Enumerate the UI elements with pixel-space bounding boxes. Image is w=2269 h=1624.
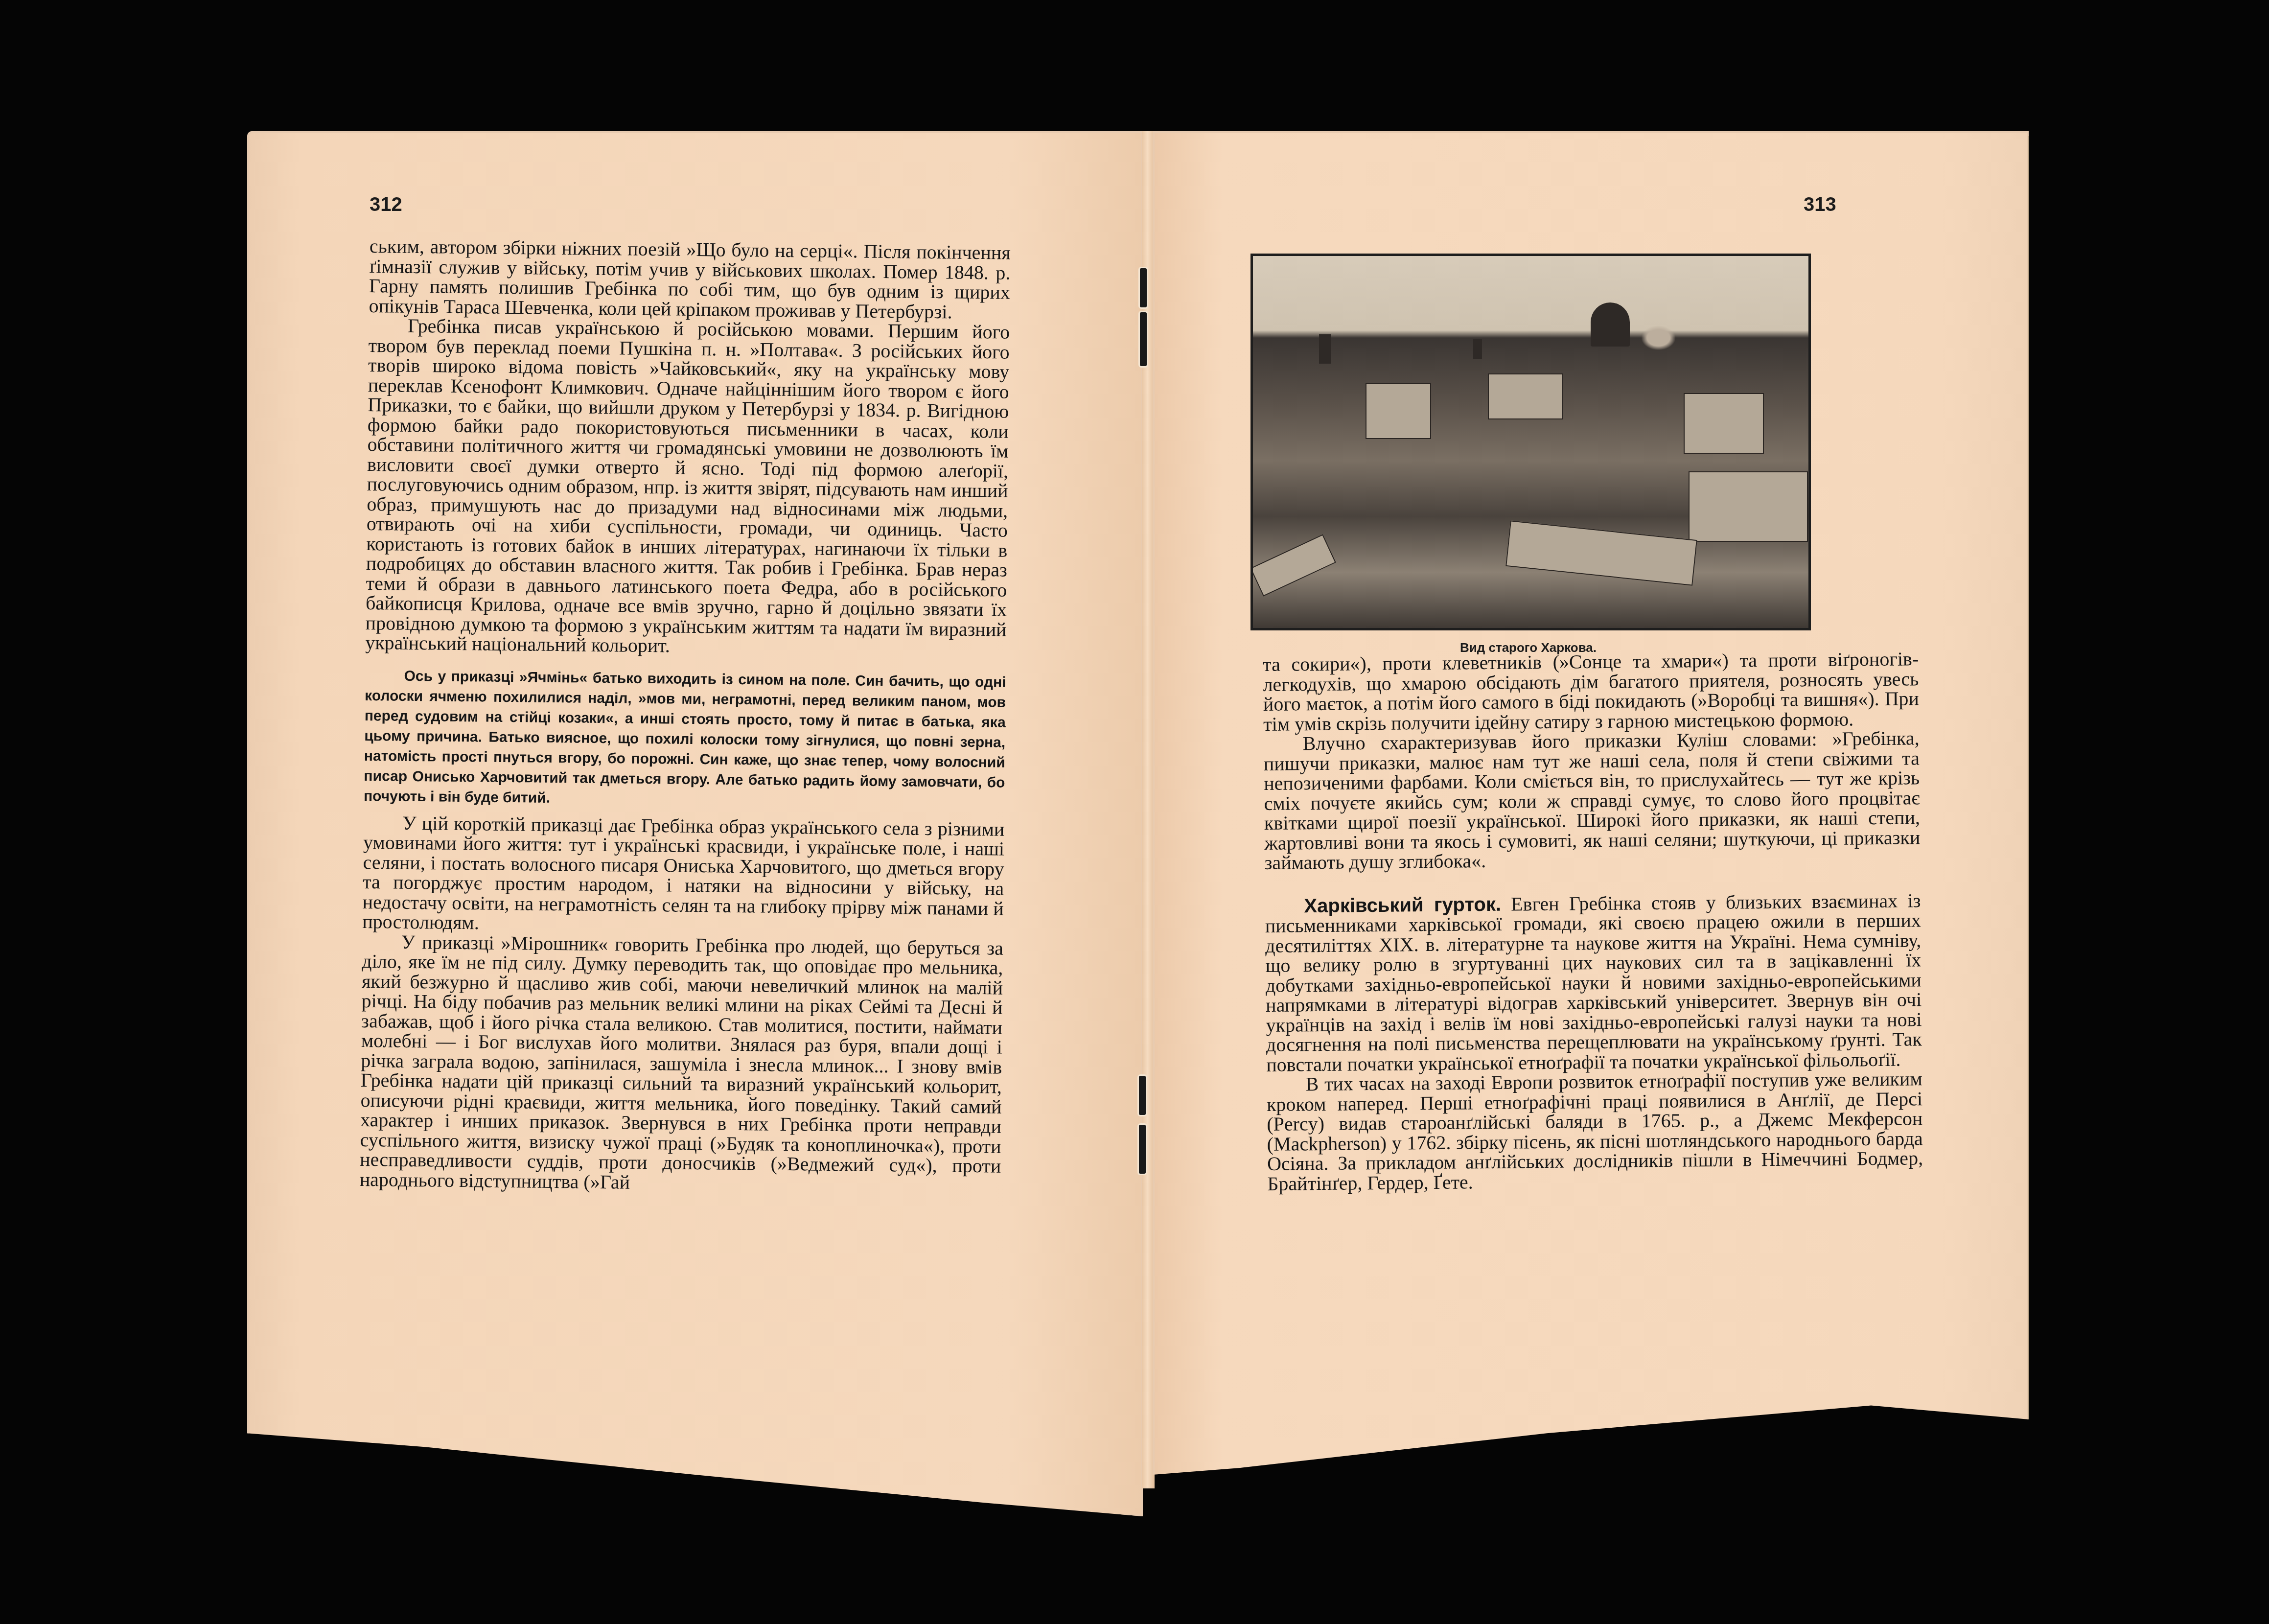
section-text: Евген Гребінка стояв у близьких взаємина…	[1265, 889, 1922, 1076]
building-icon	[1505, 520, 1697, 586]
staple-top-upper	[1140, 268, 1147, 307]
paragraph: У приказці »Мірошник« говорить Гребінка …	[360, 931, 1003, 1196]
building-icon	[1488, 373, 1563, 419]
staple-bottom-upper	[1139, 1076, 1146, 1115]
building-icon	[1366, 383, 1431, 439]
paragraph: Гребінка писав українською й російською …	[365, 316, 1010, 659]
paragraph: В тих часах на заході Европи розвиток ет…	[1266, 1069, 1923, 1194]
quoted-fable-summary: Ось у приказці »Ячмінь« батько виходить …	[364, 665, 1006, 812]
open-book: 312 ським, автором збірки ніжних поезій …	[247, 131, 2029, 1516]
building-icon	[1689, 471, 1808, 542]
section-paragraph: Харківський гурток. Евген Гребінка стояв…	[1265, 891, 1922, 1075]
page-edges	[2028, 136, 2036, 1438]
staple-bottom-lower	[1139, 1125, 1146, 1174]
paragraph: ським, автором збірки ніжних поезій »Що …	[369, 236, 1011, 323]
staple-top-lower	[1140, 312, 1147, 366]
building-icon	[1250, 534, 1336, 596]
page-number-left: 312	[370, 194, 402, 216]
right-page-text: та сокири«), проти клеветників (»Сонце т…	[1263, 649, 1923, 1194]
right-page: 313 Вид старого Харкова. та сокири«), пр…	[1153, 131, 2029, 1516]
tower-icon	[1319, 334, 1331, 364]
cathedral-dome-icon	[1591, 302, 1630, 347]
paragraph: та сокири«), проти клеветників (»Сонце т…	[1263, 649, 1919, 734]
paragraph: Влучно схарактеризував його приказки Кул…	[1263, 728, 1920, 873]
paragraph: У цій короткій приказці дає Гребінка обр…	[362, 812, 1004, 938]
building-icon	[1684, 393, 1764, 454]
page-number-right: 313	[1804, 194, 1836, 216]
left-page-text: ським, автором збірки ніжних поезій »Що …	[360, 236, 1011, 1196]
old-kharkiv-photo	[1250, 254, 1811, 630]
left-page: 312 ським, автором збірки ніжних поезій …	[247, 131, 1143, 1516]
tower-icon	[1473, 339, 1482, 359]
